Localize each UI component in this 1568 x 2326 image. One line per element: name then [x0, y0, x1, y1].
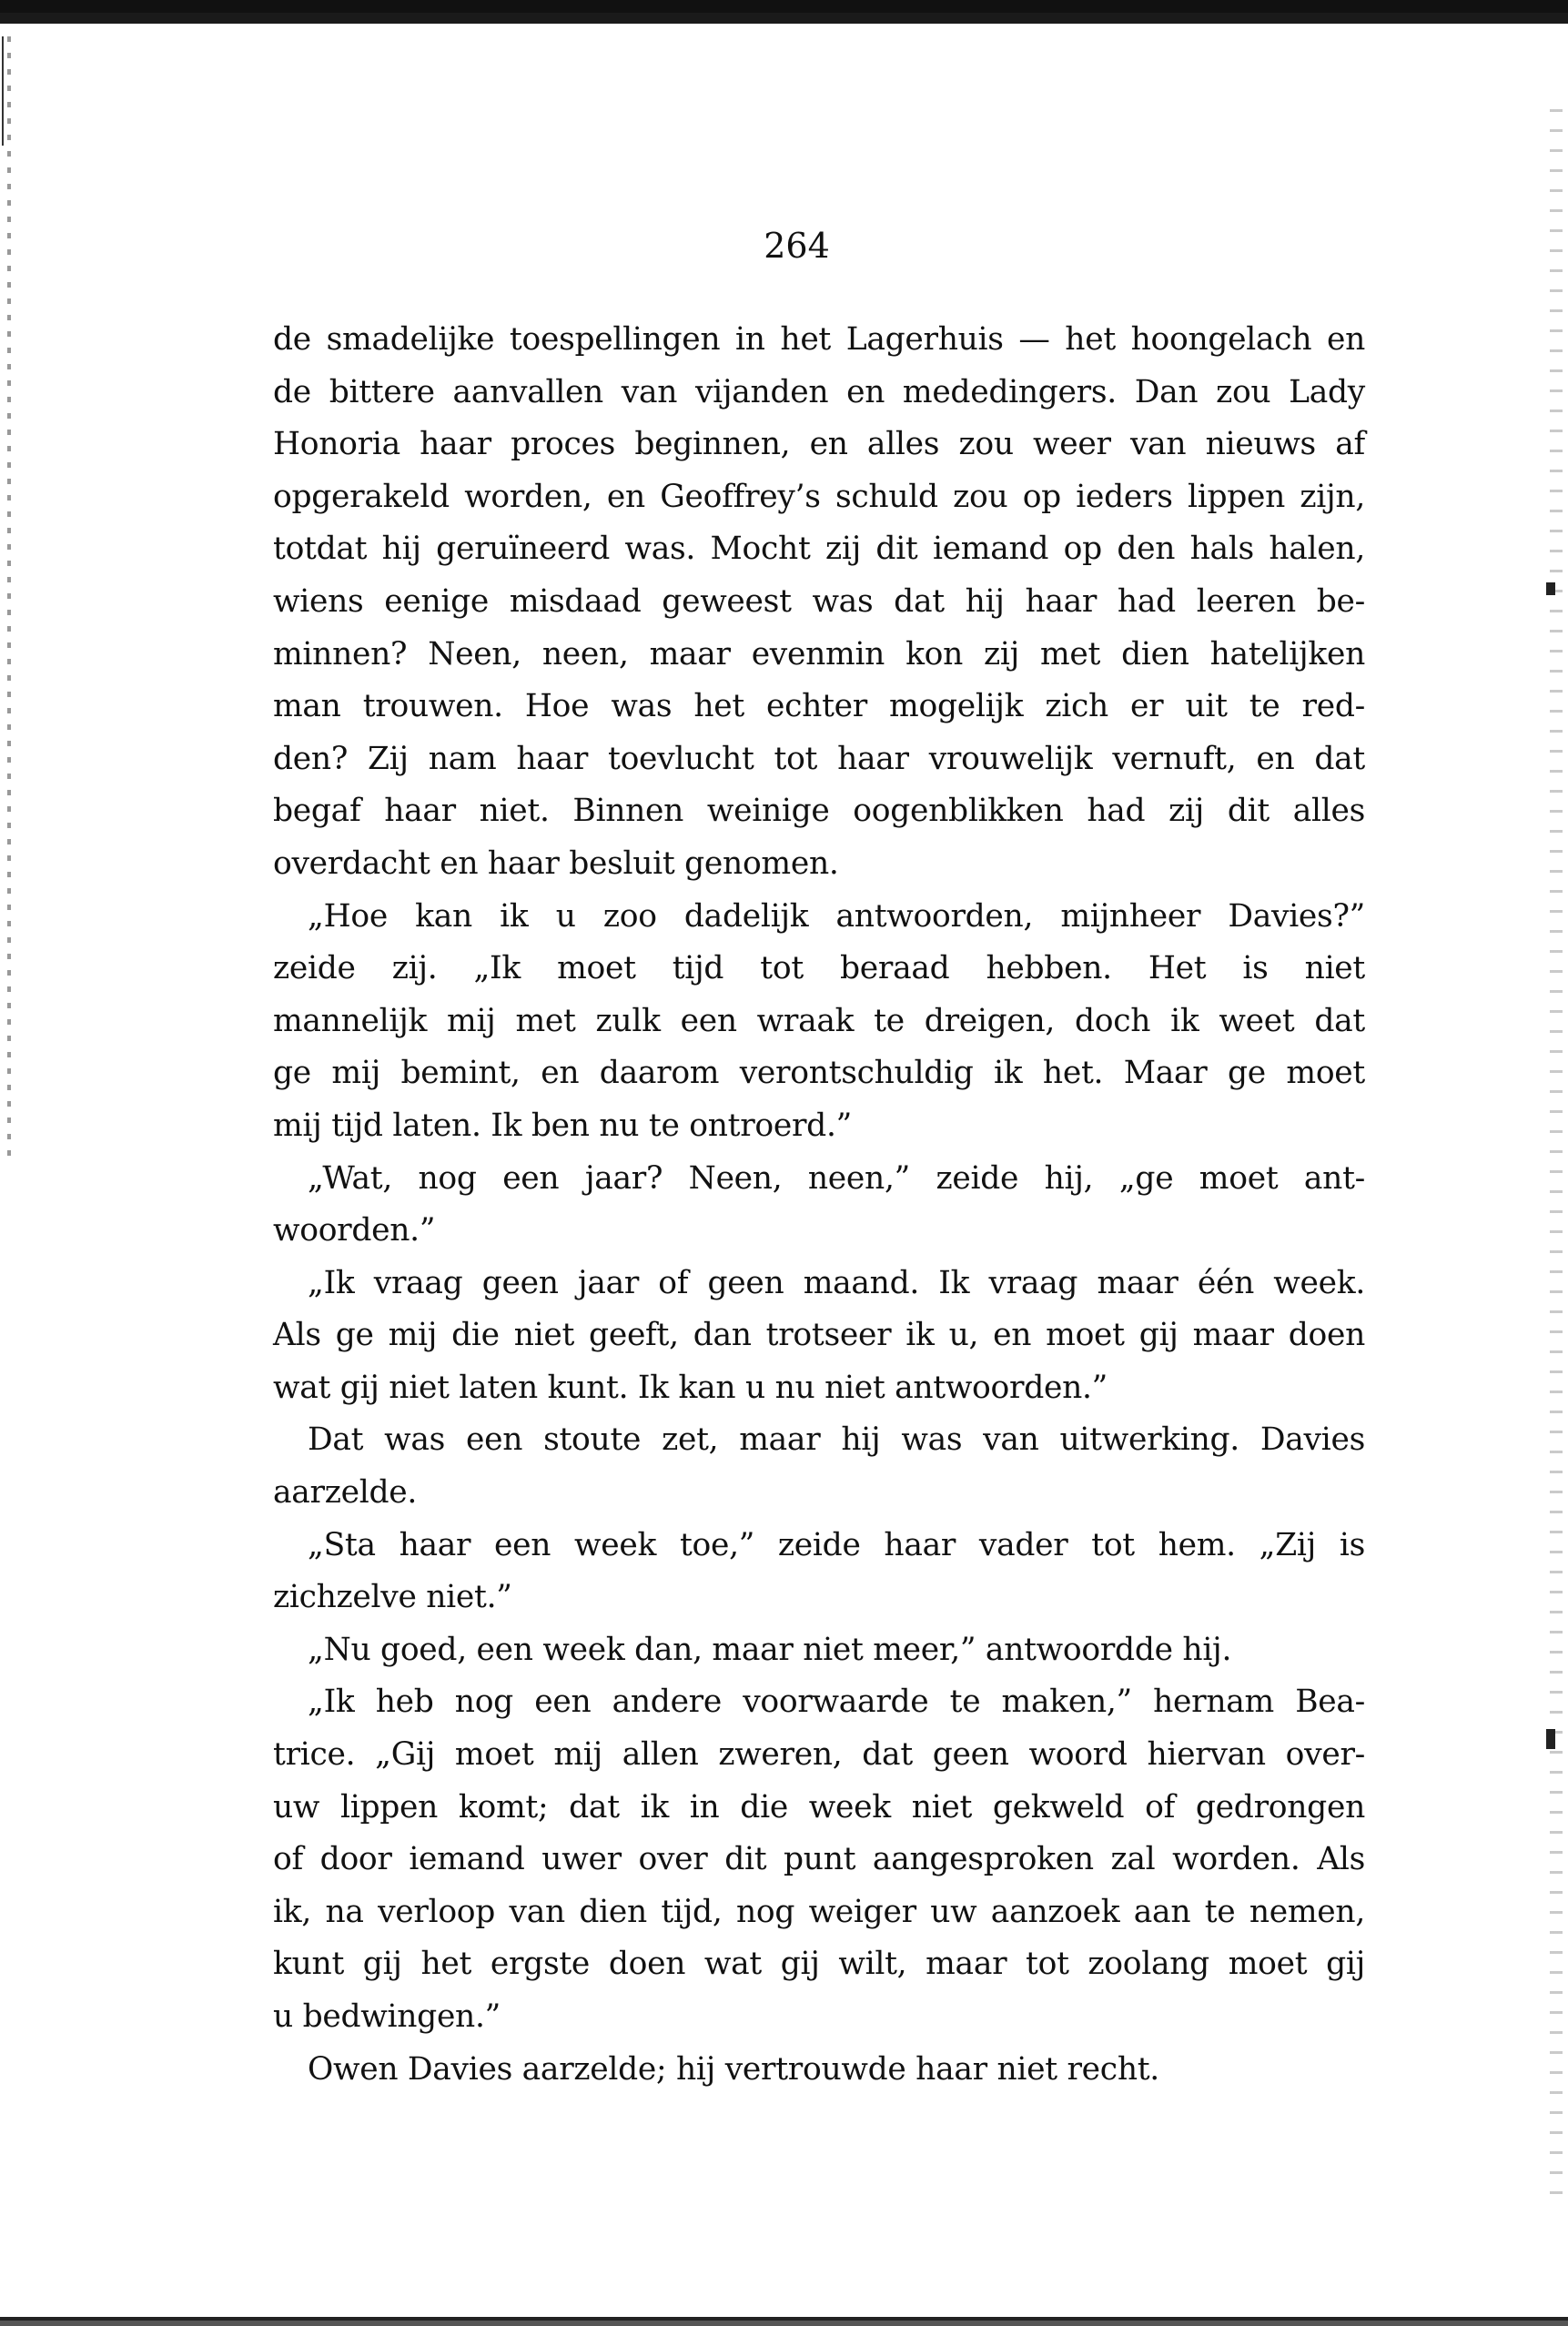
text-line: man trouwen. Hoe was het echter mogelijk… [273, 681, 1365, 733]
text-line: de smadelijke toespellingen in het Lager… [273, 314, 1365, 367]
text-line: „Wat, nog een jaar? Neen, neen,” zeide h… [273, 1153, 1365, 1206]
scan-speck [1546, 1729, 1555, 1749]
paragraph: de smadelijke toespellingen in het Lager… [273, 314, 1365, 891]
text-line: Honoria haar proces beginnen, en alles z… [273, 419, 1365, 471]
text-line: trice. „Gij moet mij allen zweren, dat g… [273, 1729, 1365, 1782]
text-line: of door iemand uwer over dit punt aanges… [273, 1834, 1365, 1886]
text-line: de bittere aanvallen van vijanden en med… [273, 367, 1365, 420]
text-line: Dat was een stoute zet, maar hij was van… [273, 1414, 1365, 1467]
body-text: de smadelijke toespellingen in het Lager… [273, 314, 1365, 2096]
paragraph: Dat was een stoute zet, maar hij was van… [273, 1414, 1365, 1519]
paragraph: „Sta haar een week toe,” zeide haar vade… [273, 1520, 1365, 1624]
text-line: minnen? Neen, neen, maar evenmin kon zij… [273, 629, 1365, 682]
text-line: „Ik heb nog een andere voorwaarde te mak… [273, 1676, 1365, 1729]
text-line: zeide zij. „Ik moet tijd tot beraad hebb… [273, 943, 1365, 996]
text-line: kunt gij het ergste doen wat gij wilt, m… [273, 1938, 1365, 1991]
text-line: aarzelde. [273, 1467, 1365, 1520]
text-line: wat gij niet laten kunt. Ik kan u nu nie… [273, 1362, 1365, 1415]
text-line: mij tijd laten. Ik ben nu te ontroerd.” [273, 1100, 1365, 1153]
paragraph: „Hoe kan ik u zoo dadelijk antwoorden, m… [273, 891, 1365, 1153]
page-number: 264 [0, 226, 1568, 266]
text-line: woorden.” [273, 1205, 1365, 1258]
scan-top-border [0, 0, 1568, 13]
text-line: den? Zij nam haar toevlucht tot haar vro… [273, 733, 1365, 786]
text-line: overdacht en haar besluit genomen. [273, 838, 1365, 891]
text-line: „Sta haar een week toe,” zeide haar vade… [273, 1520, 1365, 1573]
paragraph: „Ik heb nog een andere voorwaarde te mak… [273, 1676, 1365, 2043]
paragraph: Owen Davies aarzelde; hij vertrouwde haa… [273, 2044, 1365, 2097]
text-line: begaf haar niet. Binnen weinige oogenbli… [273, 785, 1365, 838]
text-line: u bedwingen.” [273, 1991, 1365, 2044]
text-line: uw lippen komt; dat ik in die week niet … [273, 1782, 1365, 1835]
scan-left-edge [2, 36, 4, 146]
text-line: totdat hij geruïneerd was. Mocht zij dit… [273, 523, 1365, 576]
text-line: wiens eenige misdaad geweest was dat hij… [273, 576, 1365, 629]
text-line: „Ik vraag geen jaar of geen maand. Ik vr… [273, 1258, 1365, 1310]
paragraph: „Wat, nog een jaar? Neen, neen,” zeide h… [273, 1153, 1365, 1258]
scan-speck [1546, 582, 1555, 595]
text-line: „Hoe kan ik u zoo dadelijk antwoorden, m… [273, 891, 1365, 944]
scan-right-edge [1550, 109, 1563, 2202]
text-line: Owen Davies aarzelde; hij vertrouwde haa… [273, 2044, 1365, 2097]
text-line: mannelijk mij met zulk een wraak te drei… [273, 996, 1365, 1048]
scan-top-shadow [0, 13, 1568, 38]
paragraph: „Ik vraag geen jaar of geen maand. Ik vr… [273, 1258, 1365, 1415]
scan-left-gutter [7, 36, 11, 1165]
text-line: zichzelve niet.” [273, 1572, 1365, 1624]
text-line: opgerakeld worden, en Geoffrey’s schuld … [273, 471, 1365, 524]
text-line: ge mij bemint, en daarom verontschuldig … [273, 1047, 1365, 1100]
text-line: ik, na verloop van dien tijd, nog weiger… [273, 1886, 1365, 1939]
scan-bottom-border [0, 2311, 1568, 2326]
paragraph: „Nu goed, een week dan, maar niet meer,”… [273, 1624, 1365, 1677]
text-line: Als ge mij die niet geeft, dan trotseer … [273, 1310, 1365, 1362]
text-line: „Nu goed, een week dan, maar niet meer,”… [273, 1624, 1365, 1677]
